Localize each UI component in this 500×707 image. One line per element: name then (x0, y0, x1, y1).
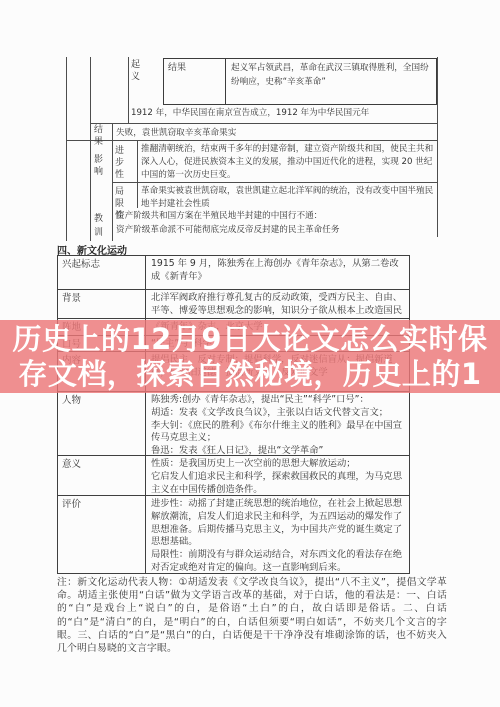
new-culture-movement-table: 兴起标志 1915 年 9 月，陈独秀在上海创办《青年杂志》，从第二卷改成《新青… (57, 255, 410, 574)
cell-line: 性质：是我国历史上一次空前的思想大解放运动； (151, 458, 404, 471)
republic-founding-line: 1912 年，中华民国在南京宣告成立，1912 年为中华民国元年 (131, 107, 431, 120)
cell-line: 进步性：动摇了封建正统思想的统治地位，在社会上掀起思想解放潮流，启发人们追求民主… (151, 498, 404, 549)
cell-text: 1915 年 9 月，陈独秀在上海创办《青年杂志》，从第二卷改成《新青年》 (146, 256, 409, 289)
promo-overlay: 历史上的12月9日大论文怎么实时保 存文档，探索自然秘境，历史上的1 (0, 320, 500, 393)
row-label: 进步性 (115, 145, 138, 181)
evaluation-cell: 进步性：动摇了封建正统思想的统治地位，在社会上掀起思想解放潮流，启发人们追求民主… (146, 495, 409, 573)
footnote-paragraph: 注：新文化运动代表人物：①胡适发表《文学改良刍议》，提出“八不主义”，提倡文学革… (57, 576, 447, 655)
cell-line: 陈独秀:创办《青年杂志》，提出“民主”“科学”口号”： (151, 394, 404, 407)
cell-line: 鲁迅：发表《狂人日记》，提出“文学革命” (151, 445, 404, 455)
uprising-row-label: 起义 (131, 60, 143, 83)
cell-line: 胡适：发表《文学改良刍议》，主张以白话文代替文言文； (151, 407, 404, 420)
cell-text: 失败，袁世凯窃取辛亥革命果实 (116, 127, 432, 140)
promo-title-line-1: 历史上的12月9日大论文怎么实时保 (12, 322, 487, 357)
row-label: 兴起标志 (58, 256, 146, 289)
table-border (437, 57, 438, 237)
cell-line: 它启发人们追求民主和科学，探索救国救民的真理，为马克思主义在中国传播创造条件。 (151, 471, 404, 495)
row-label: 背景 (58, 289, 146, 318)
table-border (66, 57, 67, 241)
table-border (128, 57, 129, 123)
row-label: 意义 (58, 455, 146, 495)
uprising-result-box: 结果 起义军占领武昌，革命在武汉三镇取得胜利，全国纷纷响应，史称“辛亥革命” (163, 58, 437, 105)
promo-title-line-2: 存文档，探索自然秘境，历史上的1 (18, 357, 481, 392)
row-label: 评价 (58, 495, 146, 573)
cell-text: 北洋军阀政府推行尊孔复古的反动政策，受西方民主、自由、平等、博爱等思想观念的影响… (146, 289, 409, 318)
row-label: 教训 (94, 212, 106, 240)
cell-text: 起义军占领武昌，革命在武汉三镇取得胜利，全国纷纷响应，史称“辛亥革命” (226, 59, 436, 104)
scanned-study-notes-page: 起义 结果 起义军占领武昌，革命在武汉三镇取得胜利，全国纷纷响应，史称“辛亥革命… (0, 0, 500, 707)
xinhai-revolution-table: 起义 结果 起义军占领武昌，革命在武汉三镇取得胜利，全国纷纷响应，史称“辛亥革命… (66, 57, 438, 241)
row-label: 结果 (94, 125, 106, 148)
table-border (90, 123, 437, 124)
row-label: 影响 (94, 155, 106, 178)
cell-line: 局限性：前期没有与群众运动结合，对东西文化的看法存在绝对否定或绝对肯定的偏向。这… (151, 549, 404, 573)
row-label: 结果 (164, 59, 226, 104)
table-border (90, 57, 91, 241)
cell-line: 李大钊：《庶民的胜利》《布尔什维主义的胜利》最早在中国宣传马克思主义； (151, 420, 404, 446)
table-border (112, 182, 437, 183)
cell-text: 革命果实被袁世凯窃取，袁世凯建立起北洋军阀的统治，没有改变中国半殖民地半封建社会… (141, 185, 435, 211)
cell-text: 资产阶级革命派不可能彻底完成反帝反封建的民主革命任务 (116, 224, 432, 237)
cell-text: 资产阶级共和国方案在半殖民地半封建的中国行不通： (116, 210, 432, 223)
row-label: 人物 (58, 391, 146, 455)
cell-text: 推翻清朝统治，结束两千多年的封建帝制，建立资产阶级共和国，使民主共和深入人心，促… (141, 143, 435, 182)
significance-cell: 性质：是我国历史上一次空前的思想大解放运动； 它启发人们追求民主和科学，探索救国… (146, 455, 409, 495)
figures-cell: 陈独秀:创办《青年杂志》，提出“民主”“科学”口号”： 胡适：发表《文学改良刍议… (146, 391, 409, 455)
table-border (66, 140, 437, 141)
